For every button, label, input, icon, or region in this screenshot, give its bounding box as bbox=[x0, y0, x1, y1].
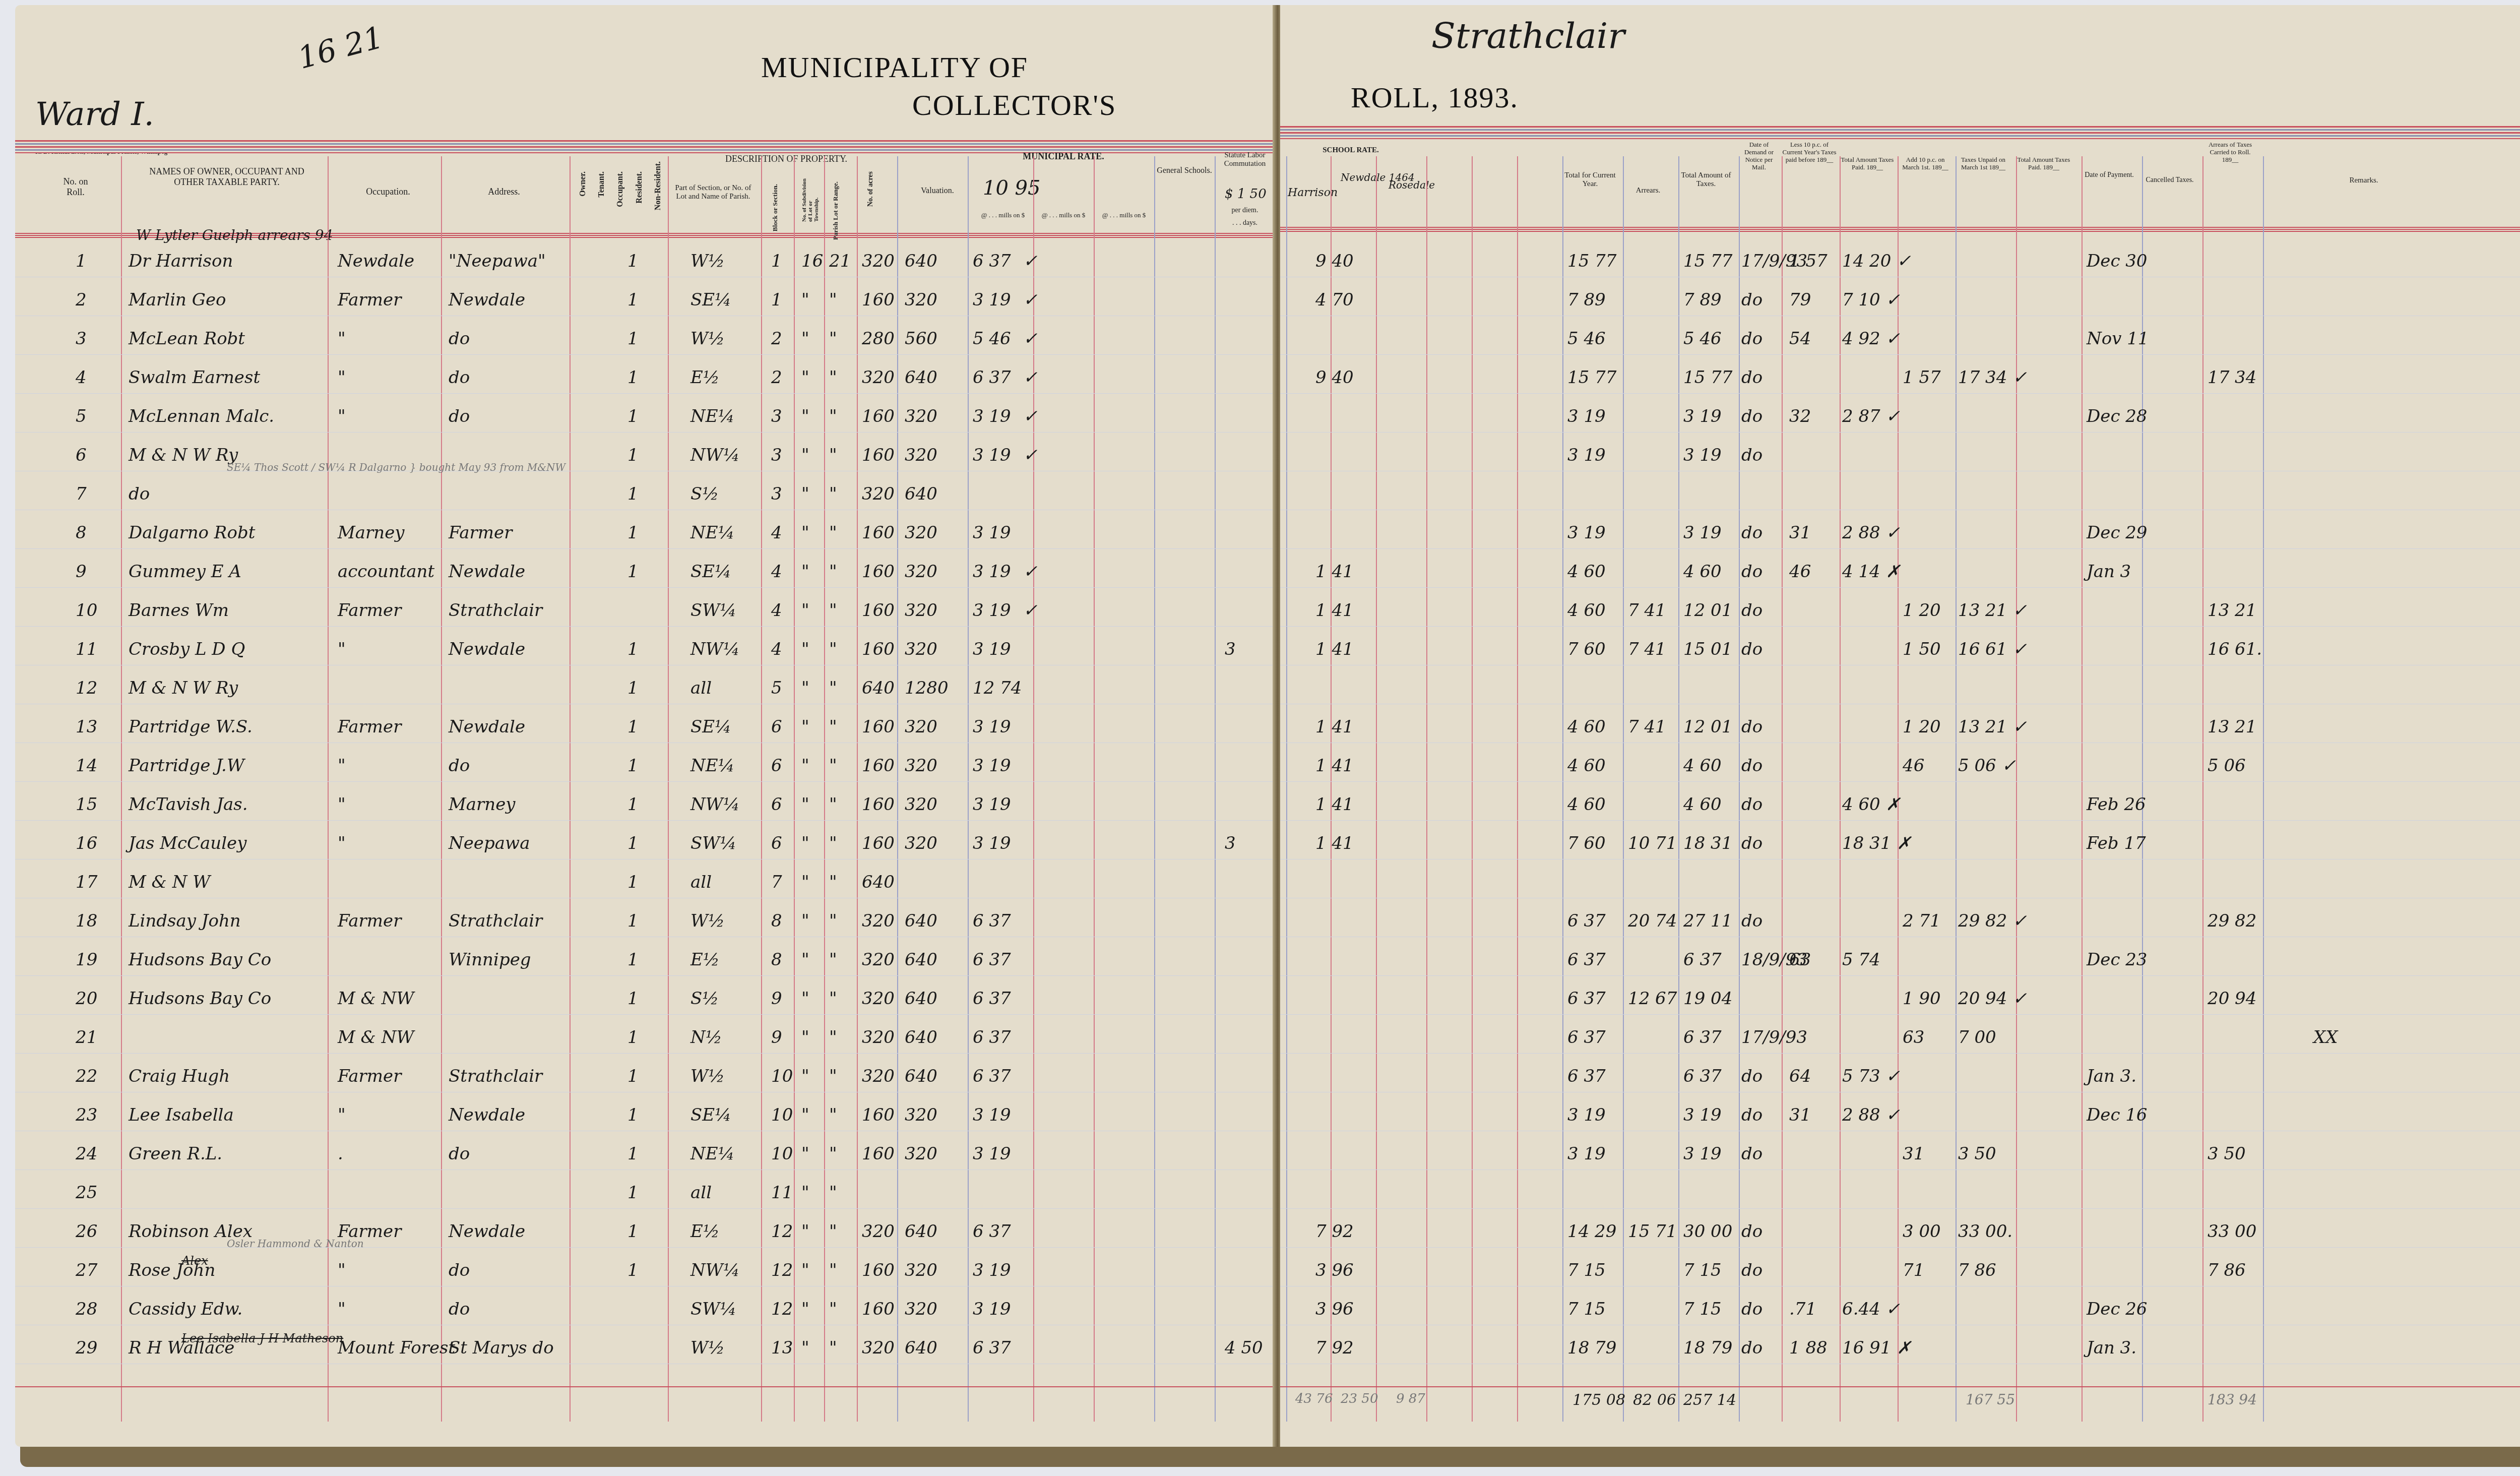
rule bbox=[668, 156, 669, 1422]
rule bbox=[1286, 156, 1287, 1422]
residency-mark: 1 bbox=[627, 639, 639, 659]
valuation: 560 bbox=[905, 329, 937, 349]
owner-name: McTavish Jas. bbox=[129, 794, 248, 815]
range: " bbox=[829, 872, 837, 892]
demand-date: do bbox=[1741, 1299, 1762, 1319]
range: " bbox=[829, 367, 837, 388]
payment-date: Feb 26 bbox=[2087, 794, 2146, 815]
penalty: 1 57 bbox=[1903, 367, 1941, 388]
part-of-section: NE¼ bbox=[690, 406, 735, 426]
header-unpaid-march: Taxes Unpaid on March 1st 189__ bbox=[1956, 156, 2011, 171]
total-school-2: 23 50 bbox=[1341, 1391, 1378, 1406]
subdivision: " bbox=[801, 717, 809, 737]
row-rule bbox=[1280, 393, 2520, 394]
occupation: " bbox=[338, 1105, 346, 1125]
part-of-section: SW¼ bbox=[690, 600, 736, 621]
subdivision: " bbox=[801, 1338, 809, 1358]
valuation: 640 bbox=[905, 367, 937, 388]
total-taxes: 3 19 bbox=[1683, 1144, 1722, 1164]
municipal-tax: 3 19 bbox=[973, 290, 1011, 310]
checkmark: ✓ bbox=[1023, 251, 1038, 271]
part-of-section: NE¼ bbox=[690, 523, 735, 543]
payment-date: Dec 26 bbox=[2087, 1299, 2148, 1319]
valuation: 1280 bbox=[905, 678, 949, 698]
total-current-year: 175 08 bbox=[1572, 1391, 1625, 1409]
roll-number: 8 bbox=[76, 523, 87, 543]
arrears: 12 67 bbox=[1628, 989, 1677, 1009]
total-current-year: 3 19 bbox=[1567, 523, 1606, 543]
page-number: 16 21 bbox=[294, 20, 387, 76]
valuation: 320 bbox=[905, 600, 937, 621]
range: " bbox=[829, 1299, 837, 1319]
range: " bbox=[829, 1105, 837, 1125]
part-of-section: S½ bbox=[690, 989, 719, 1009]
valuation: 640 bbox=[905, 1027, 937, 1048]
residency-mark: 1 bbox=[627, 445, 639, 465]
valuation: 640 bbox=[905, 1338, 937, 1358]
total-current-year: 15 77 bbox=[1567, 367, 1616, 388]
total-taxes: 15 77 bbox=[1683, 367, 1732, 388]
municipal-tax: 6 37 bbox=[973, 1066, 1011, 1086]
acres: 160 bbox=[862, 445, 895, 465]
header-total-amount: Total Amount of Taxes. bbox=[1678, 171, 1734, 189]
municipal-tax: 3 19 bbox=[973, 833, 1011, 853]
arrears: 7 41 bbox=[1628, 717, 1666, 737]
row-rule bbox=[15, 1014, 1275, 1015]
block: 2 bbox=[771, 329, 782, 349]
row-rule bbox=[15, 626, 1275, 627]
row-rule bbox=[15, 354, 1275, 355]
part-of-section: NW¼ bbox=[690, 445, 740, 465]
block: 5 bbox=[771, 678, 782, 698]
municipal-tax: 6 37 bbox=[973, 1221, 1011, 1242]
occupation: Farmer bbox=[338, 911, 401, 931]
header-owner: Owner. bbox=[579, 171, 588, 197]
part-of-section: all bbox=[690, 872, 712, 892]
occupation: . bbox=[338, 1144, 343, 1164]
total-line bbox=[15, 1386, 1275, 1387]
header-parish-lot: Parish Lot or Range. bbox=[832, 181, 840, 240]
total-taxes: 12 01 bbox=[1683, 600, 1732, 621]
right-page: Strathclair ROLL, 1893. SCHOOL RATE. Har… bbox=[1280, 5, 2520, 1447]
part-of-section: SW¼ bbox=[690, 833, 736, 853]
residency-mark: 1 bbox=[627, 1066, 639, 1086]
acres: 640 bbox=[862, 872, 895, 892]
header-municipal-rate: MUNICIPAL RATE. bbox=[973, 151, 1154, 162]
total-current-year: 15 77 bbox=[1567, 251, 1616, 271]
block: 10 bbox=[771, 1144, 793, 1164]
arrears: 7 41 bbox=[1628, 639, 1666, 659]
residency-mark: 1 bbox=[627, 562, 639, 582]
range: " bbox=[829, 1066, 837, 1086]
roll-number: 17 bbox=[76, 872, 97, 892]
range: " bbox=[829, 989, 837, 1009]
taxes-paid: 7 10 ✓ bbox=[1842, 290, 1900, 310]
occupation: Marney bbox=[338, 523, 405, 543]
residency-mark: 1 bbox=[627, 290, 639, 310]
block: 2 bbox=[771, 367, 782, 388]
discount: 1 57 bbox=[1789, 251, 1828, 271]
owner-name: Lee Isabella bbox=[129, 1105, 234, 1125]
address: Newdale bbox=[449, 1221, 525, 1242]
owner-name: Partridge J.W bbox=[129, 756, 244, 776]
arrears-carried: 17 34 bbox=[2208, 367, 2256, 388]
school-tax: 1 41 bbox=[1315, 562, 1354, 582]
acres: 160 bbox=[862, 639, 895, 659]
demand-date: do bbox=[1741, 1338, 1762, 1358]
range: " bbox=[829, 1260, 837, 1280]
roll-number: 22 bbox=[76, 1066, 97, 1086]
rule bbox=[1426, 156, 1427, 1422]
total-current-year: 6 37 bbox=[1567, 1066, 1606, 1086]
row-rule bbox=[15, 510, 1275, 510]
acres: 320 bbox=[862, 1221, 895, 1242]
arrears-carried: 16 61. bbox=[2208, 639, 2262, 659]
valuation: 320 bbox=[905, 523, 937, 543]
valuation: 320 bbox=[905, 756, 937, 776]
arrears-carried: 5 06 bbox=[2208, 756, 2246, 776]
demand-date: do bbox=[1741, 756, 1762, 776]
header-names: NAMES OF OWNER, OCCUPANT AND OTHER TAXAB… bbox=[136, 166, 318, 187]
range: " bbox=[829, 639, 837, 659]
header-acres: No. of acres bbox=[867, 171, 875, 207]
acres: 320 bbox=[862, 484, 895, 504]
acres: 320 bbox=[862, 950, 895, 970]
demand-date: do bbox=[1741, 1066, 1762, 1086]
school-tax: 7 92 bbox=[1315, 1221, 1354, 1242]
row-rule bbox=[1280, 859, 2520, 859]
block: 10 bbox=[771, 1066, 793, 1086]
subdivision: " bbox=[801, 678, 809, 698]
total-current-year: 7 89 bbox=[1567, 290, 1606, 310]
subdivision: " bbox=[801, 1066, 809, 1086]
row-rule bbox=[1280, 820, 2520, 821]
residency-mark: 1 bbox=[627, 717, 639, 737]
row-rule bbox=[1280, 354, 2520, 355]
municipal-tax: 3 19 bbox=[973, 1299, 1011, 1319]
rule bbox=[1376, 156, 1377, 1422]
owner-name: M & N W Ry bbox=[129, 445, 238, 465]
valuation: 320 bbox=[905, 406, 937, 426]
row-rule bbox=[15, 1131, 1275, 1131]
total-taxes: 7 15 bbox=[1683, 1299, 1722, 1319]
occupation: " bbox=[338, 833, 346, 853]
row-rule bbox=[1280, 937, 2520, 937]
municipal-tax: 12 74 bbox=[973, 678, 1022, 698]
range: " bbox=[829, 794, 837, 815]
block: 1 bbox=[771, 290, 782, 310]
municipal-tax: 3 19 bbox=[973, 445, 1011, 465]
statute-labor-value: $ 1 50 bbox=[1225, 187, 1267, 202]
acres: 160 bbox=[862, 717, 895, 737]
address: Strathclair bbox=[449, 911, 542, 931]
remarks: XX bbox=[2313, 1027, 2338, 1048]
taxes-paid: 14 20 ✓ bbox=[1842, 251, 1911, 271]
address: Neepawa bbox=[449, 833, 530, 853]
demand-date: do bbox=[1741, 1144, 1762, 1164]
residency-mark: 1 bbox=[627, 950, 639, 970]
range: " bbox=[829, 562, 837, 582]
total-current-year: 4 60 bbox=[1567, 562, 1606, 582]
block: 12 bbox=[771, 1260, 793, 1280]
municipal-tax: 3 19 bbox=[973, 639, 1011, 659]
title-line-2: COLLECTOR'S bbox=[912, 88, 1116, 122]
discount: 46 bbox=[1789, 562, 1811, 582]
owner-name: M & N W Ry bbox=[129, 678, 238, 698]
rule bbox=[1154, 156, 1155, 1422]
part-of-section: W½ bbox=[690, 1338, 725, 1358]
row-rule bbox=[1280, 1325, 2520, 1325]
total-taxes: 18 31 bbox=[1683, 833, 1732, 853]
total-school-1: 43 76 bbox=[1295, 1391, 1333, 1406]
header-arrears-carried: Arrears of Taxes Carried to Roll. 189__ bbox=[2202, 141, 2258, 164]
municipal-tax: 3 19 bbox=[973, 600, 1011, 621]
arrears-carried: 7 86 bbox=[2208, 1260, 2246, 1280]
pencil-note: Osler Hammond & Nanton bbox=[227, 1238, 364, 1250]
occupation: " bbox=[338, 794, 346, 815]
valuation: 640 bbox=[905, 989, 937, 1009]
block: 9 bbox=[771, 989, 782, 1009]
range: " bbox=[829, 1183, 837, 1203]
struck-name: Lee Isabella J H Matheson bbox=[181, 1331, 343, 1345]
valuation: 640 bbox=[905, 484, 937, 504]
total-taxes: 4 60 bbox=[1683, 756, 1722, 776]
range: " bbox=[829, 523, 837, 543]
part-of-section: NE¼ bbox=[690, 756, 735, 776]
subdivision: " bbox=[801, 367, 809, 388]
valuation: 320 bbox=[905, 1299, 937, 1319]
row-rule bbox=[1280, 587, 2520, 588]
total-current-year: 4 60 bbox=[1567, 717, 1606, 737]
rule bbox=[1678, 156, 1679, 1422]
occupation: accountant bbox=[338, 562, 434, 582]
residency-mark: 1 bbox=[627, 678, 639, 698]
municipal-tax: 3 19 bbox=[973, 717, 1011, 737]
address: do bbox=[449, 367, 470, 388]
residency-mark: 1 bbox=[627, 484, 639, 504]
roll-number: 15 bbox=[76, 794, 97, 815]
taxes-paid: 5 73 ✓ bbox=[1842, 1066, 1900, 1086]
block: 6 bbox=[771, 717, 782, 737]
residency-mark: 1 bbox=[627, 989, 639, 1009]
acres: 160 bbox=[862, 833, 895, 853]
address: do bbox=[449, 756, 470, 776]
penalty: 1 50 bbox=[1903, 639, 1941, 659]
payment-date: Dec 30 bbox=[2087, 251, 2148, 271]
payment-date: Feb 17 bbox=[2087, 833, 2146, 853]
header-mills-2: @ . . . mills on $ bbox=[1033, 212, 1094, 219]
taxes-paid: 2 87 ✓ bbox=[1842, 406, 1900, 426]
acres: 160 bbox=[862, 794, 895, 815]
discount: 32 bbox=[1789, 406, 1811, 426]
arrears-carried: 33 00 bbox=[2208, 1221, 2256, 1242]
total-arrears: 82 06 bbox=[1633, 1391, 1676, 1409]
roll-number: 24 bbox=[76, 1144, 97, 1164]
school-tax: 9 40 bbox=[1315, 367, 1354, 388]
unpaid-march: 33 00. bbox=[1958, 1221, 2012, 1242]
range: " bbox=[829, 1144, 837, 1164]
payment-date: Dec 16 bbox=[2087, 1105, 2148, 1125]
row-rule bbox=[15, 393, 1275, 394]
acres: 320 bbox=[862, 1066, 895, 1086]
block: 6 bbox=[771, 833, 782, 853]
total-taxes: 15 01 bbox=[1683, 639, 1732, 659]
total-current-year: 7 15 bbox=[1567, 1260, 1606, 1280]
row-rule bbox=[15, 781, 1275, 782]
row-rule bbox=[1280, 1053, 2520, 1054]
ward-label: Ward I. bbox=[35, 96, 154, 133]
acres: 160 bbox=[862, 1105, 895, 1125]
municipal-tax: 5 46 bbox=[973, 329, 1011, 349]
rule bbox=[1840, 156, 1841, 1422]
total-unpaid: 167 55 bbox=[1966, 1391, 2015, 1408]
owner-name: Green R.L. bbox=[129, 1144, 222, 1164]
subdivision: " bbox=[801, 1221, 809, 1242]
header-occupant: Occupant. bbox=[616, 171, 625, 207]
municipal-rate-value: 10 95 bbox=[983, 176, 1041, 200]
subdivision: " bbox=[801, 600, 809, 621]
taxes-paid: 4 60 ✗ bbox=[1842, 794, 1900, 815]
demand-date: do bbox=[1741, 639, 1762, 659]
part-of-section: E½ bbox=[690, 367, 720, 388]
roll-number: 27 bbox=[76, 1260, 97, 1280]
residency-mark: 1 bbox=[627, 367, 639, 388]
header-occupation: Occupation. bbox=[338, 187, 438, 197]
roll-number: 29 bbox=[76, 1338, 97, 1358]
demand-date: do bbox=[1741, 1260, 1762, 1280]
part-of-section: SE¼ bbox=[690, 717, 731, 737]
range: " bbox=[829, 600, 837, 621]
demand-date: do bbox=[1741, 523, 1762, 543]
address: do bbox=[449, 1144, 470, 1164]
payment-date: Jan 3. bbox=[2087, 1066, 2136, 1086]
address: do bbox=[449, 406, 470, 426]
taxes-paid: 2 88 ✓ bbox=[1842, 523, 1900, 543]
occupation: " bbox=[338, 1260, 346, 1280]
residency-mark: 1 bbox=[627, 756, 639, 776]
discount: 79 bbox=[1789, 290, 1811, 310]
residency-mark: 1 bbox=[627, 1183, 639, 1203]
block: 10 bbox=[771, 1105, 793, 1125]
block: 3 bbox=[771, 445, 782, 465]
rule bbox=[1094, 156, 1095, 1422]
row-rule bbox=[1280, 432, 2520, 433]
total-current-year: 7 60 bbox=[1567, 639, 1606, 659]
demand-date: do bbox=[1741, 290, 1762, 310]
school-tax: 1 41 bbox=[1315, 794, 1354, 815]
part-of-section: NW¼ bbox=[690, 1260, 740, 1280]
demand-date: 17/9/93 bbox=[1741, 1027, 1807, 1048]
occupation: M & NW bbox=[338, 989, 414, 1009]
total-current-year: 3 19 bbox=[1567, 445, 1606, 465]
valuation: 640 bbox=[905, 1066, 937, 1086]
checkmark: ✓ bbox=[1023, 290, 1038, 310]
total-taxes: 4 60 bbox=[1683, 794, 1722, 815]
school-tax: 3 96 bbox=[1315, 1299, 1354, 1319]
subdivision: " bbox=[801, 639, 809, 659]
row-rule bbox=[15, 587, 1275, 588]
residency-mark: 1 bbox=[627, 1260, 639, 1280]
address: do bbox=[449, 1299, 470, 1319]
header-per-diem: per diem. bbox=[1215, 207, 1275, 215]
header-mills-1: @ . . . mills on $ bbox=[973, 212, 1033, 219]
acres: 160 bbox=[862, 1144, 895, 1164]
row-rule bbox=[1280, 898, 2520, 898]
arrears-carried: 20 94 bbox=[2208, 989, 2256, 1009]
municipal-tax: 6 37 bbox=[973, 1338, 1011, 1358]
total-current-year: 7 15 bbox=[1567, 1299, 1606, 1319]
school-tax: 1 41 bbox=[1315, 717, 1354, 737]
row-rule bbox=[15, 277, 1275, 277]
range: " bbox=[829, 1338, 837, 1358]
subdivision: " bbox=[801, 562, 809, 582]
total-taxes: 12 01 bbox=[1683, 717, 1732, 737]
taxes-paid: 2 88 ✓ bbox=[1842, 1105, 1900, 1125]
unpaid-march: 7 00 bbox=[1958, 1027, 1996, 1048]
checkmark: ✓ bbox=[1023, 445, 1038, 465]
total-current-year: 6 37 bbox=[1567, 989, 1606, 1009]
owner-name: Barnes Wm bbox=[129, 600, 229, 621]
owner-name: McLennan Malc. bbox=[129, 406, 274, 426]
range: " bbox=[829, 406, 837, 426]
header-add-10pc: Add 10 p.c. on March 1st. 189__ bbox=[1898, 156, 1953, 171]
demand-date: do bbox=[1741, 445, 1762, 465]
total-taxes: 3 19 bbox=[1683, 1105, 1722, 1125]
address: do bbox=[449, 1260, 470, 1280]
occupation: " bbox=[338, 639, 346, 659]
header-note: W Lytler Guelph arrears 94 bbox=[136, 227, 333, 243]
block: 7 bbox=[771, 872, 782, 892]
acres: 280 bbox=[862, 329, 895, 349]
statute-labor: 4 50 bbox=[1225, 1338, 1263, 1358]
row-rule bbox=[15, 975, 1275, 976]
penalty: 63 bbox=[1903, 1027, 1924, 1048]
acres: 160 bbox=[862, 1299, 895, 1319]
arrears-carried: 3 50 bbox=[2208, 1144, 2246, 1164]
row-rule bbox=[1280, 1170, 2520, 1170]
block: 12 bbox=[771, 1299, 793, 1319]
unpaid-march: 16 61 ✓ bbox=[1958, 639, 2027, 659]
demand-date: do bbox=[1741, 1221, 1762, 1242]
owner-name: M & N W bbox=[129, 872, 210, 892]
header-block: Block or Section. bbox=[771, 184, 779, 231]
occupation: M & NW bbox=[338, 1027, 414, 1048]
rule bbox=[824, 156, 825, 1422]
acres: 160 bbox=[862, 600, 895, 621]
arrears: 10 71 bbox=[1628, 833, 1677, 853]
row-rule bbox=[1280, 975, 2520, 976]
roll-number: 10 bbox=[76, 600, 97, 621]
occupation: Farmer bbox=[338, 290, 401, 310]
subdivision: " bbox=[801, 911, 809, 931]
valuation: 320 bbox=[905, 833, 937, 853]
part-of-section: SE¼ bbox=[690, 562, 731, 582]
total-current-year: 18 79 bbox=[1567, 1338, 1616, 1358]
address: Strathclair bbox=[449, 600, 542, 621]
municipal-tax: 3 19 bbox=[973, 523, 1011, 543]
row-rule bbox=[1280, 704, 2520, 704]
title-roll: ROLL, 1893. bbox=[1351, 81, 1519, 114]
owner-name: Cassidy Edw. bbox=[129, 1299, 242, 1319]
acres: 160 bbox=[862, 562, 895, 582]
row-rule bbox=[15, 1325, 1275, 1325]
residency-mark: 1 bbox=[627, 1144, 639, 1164]
header-description: DESCRIPTION OF PROPERTY. bbox=[670, 154, 902, 164]
part-of-section: SE¼ bbox=[690, 290, 731, 310]
valuation: 320 bbox=[905, 1144, 937, 1164]
occupation: " bbox=[338, 329, 346, 349]
header-bottom-band bbox=[1280, 227, 2520, 232]
